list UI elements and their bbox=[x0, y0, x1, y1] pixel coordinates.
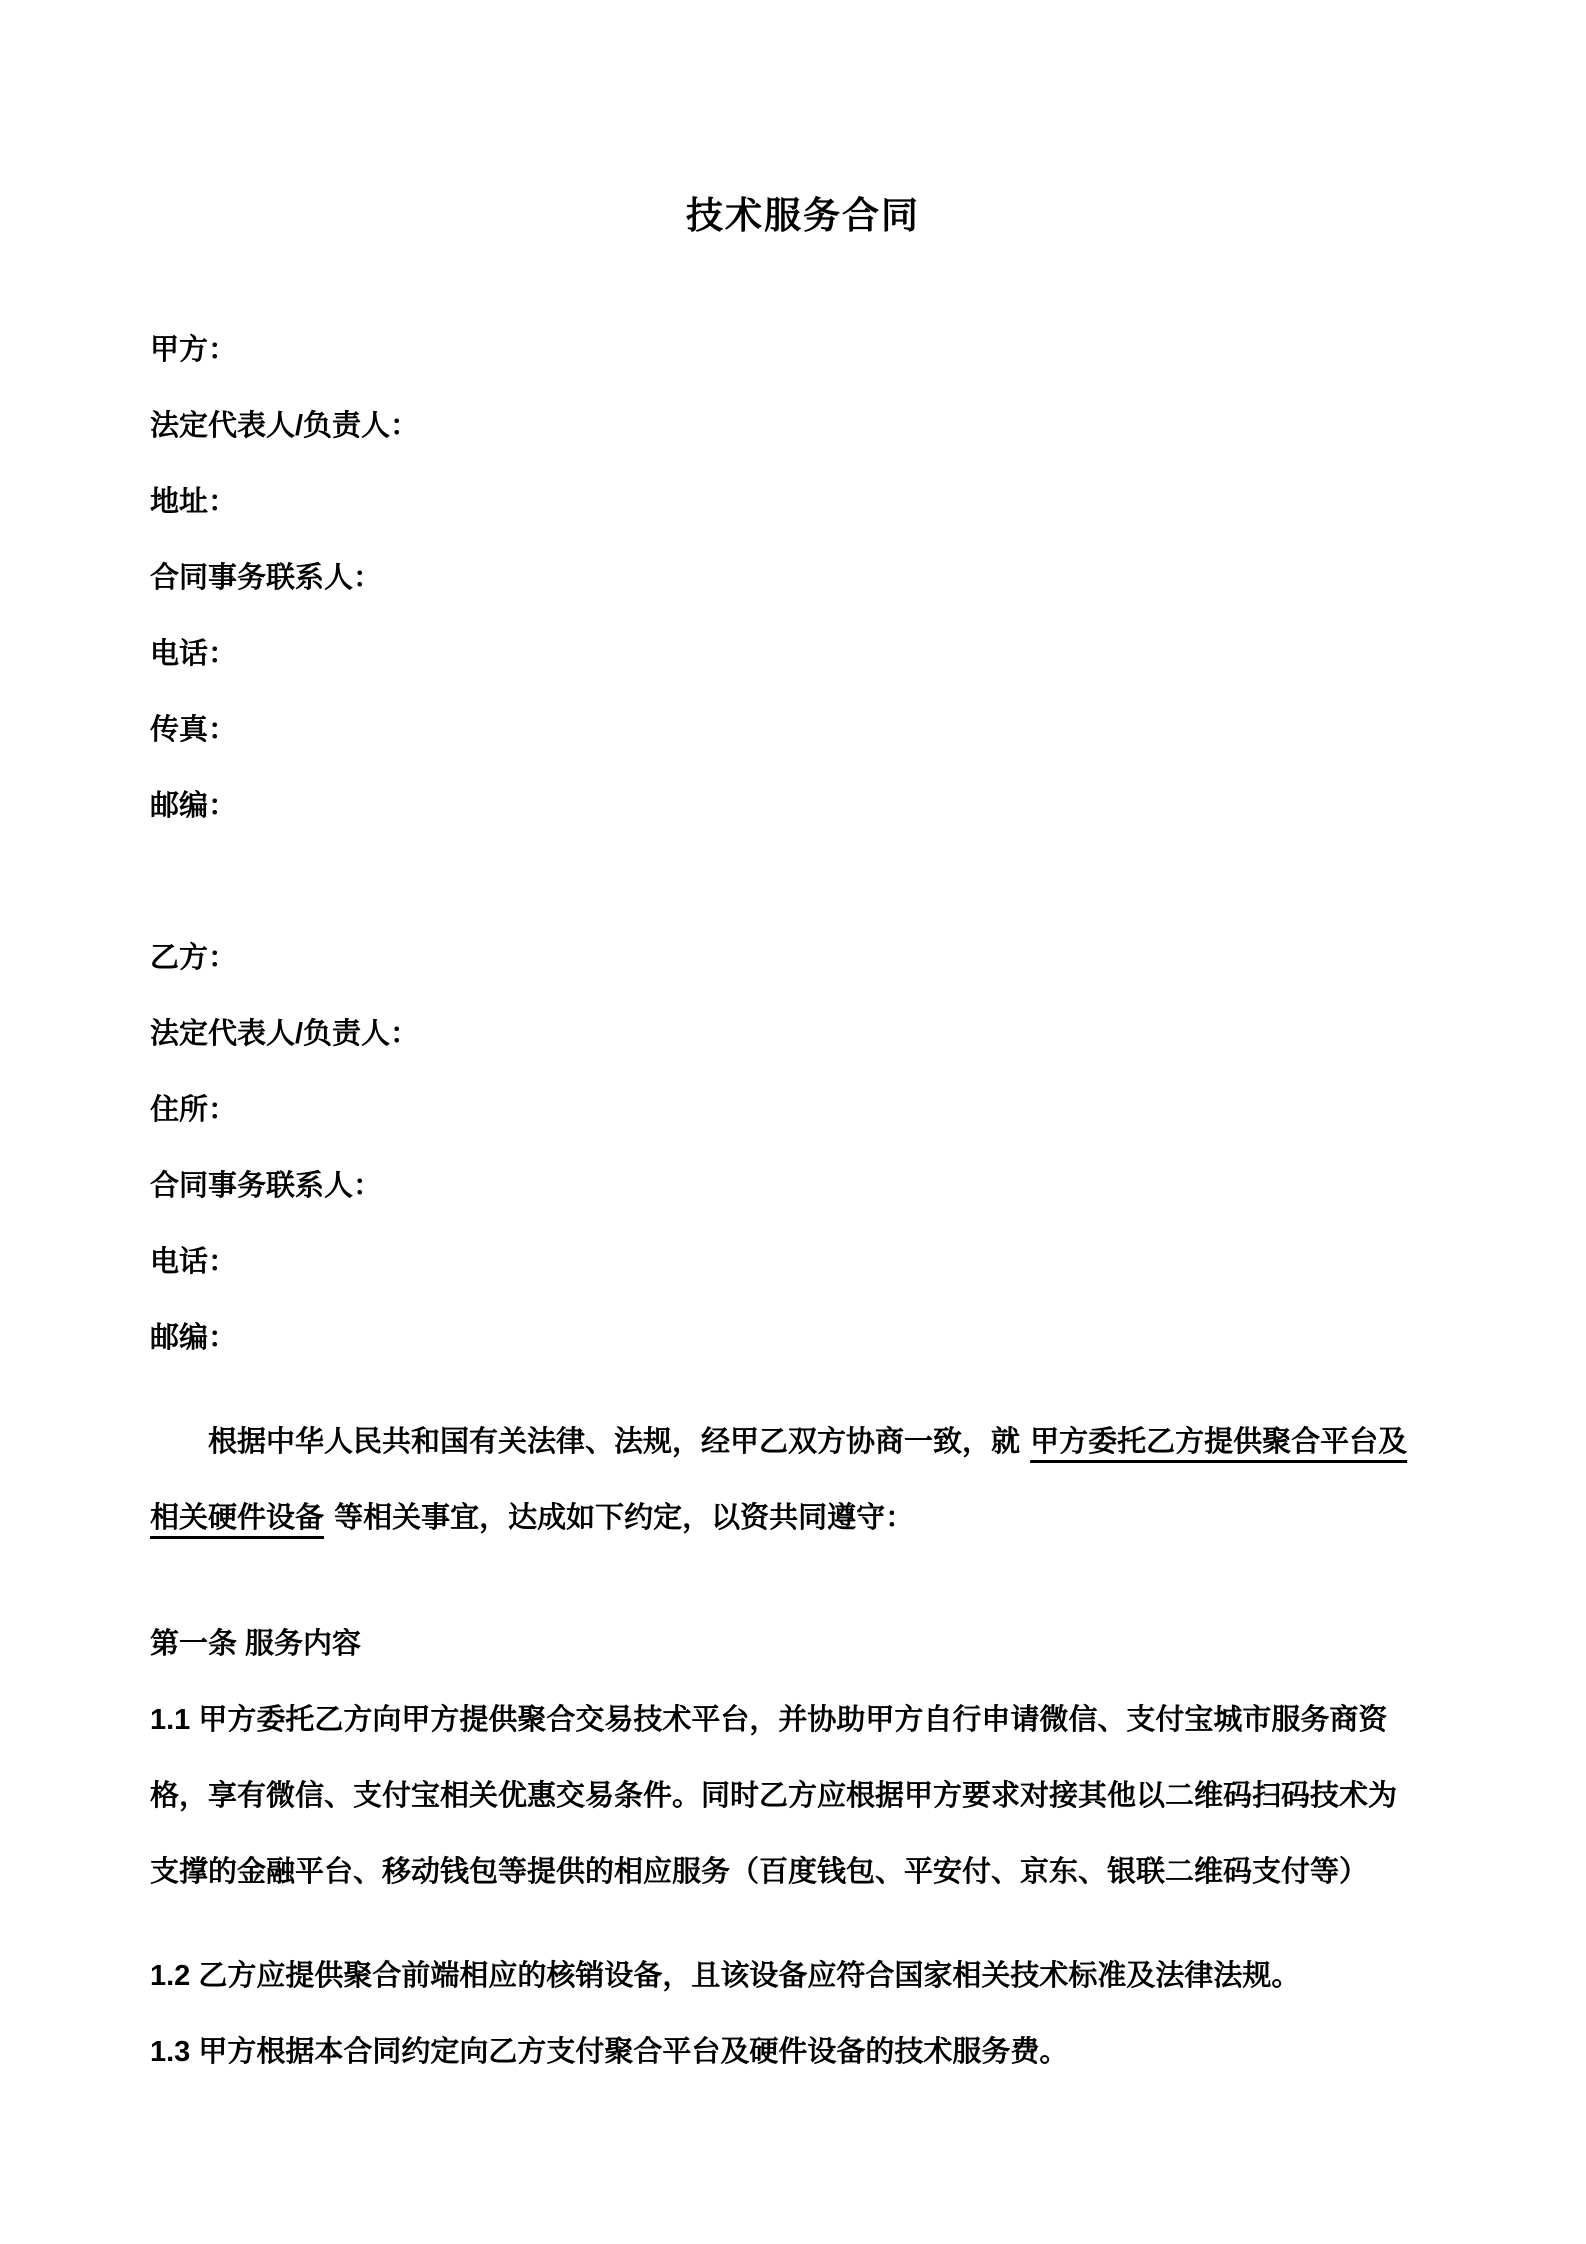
clause-1-3: 1.3 甲方根据本合同约定向乙方支付聚合平台及硬件设备的技术服务费。 bbox=[150, 2014, 1456, 2090]
intro-paragraph: 根据中华人民共和国有关法律、法规，经甲乙双方协商一致，就甲方委托乙方提供聚合平台… bbox=[150, 1404, 1456, 1556]
intro-line2-underlined-text: 相关硬件设备 bbox=[150, 1502, 324, 1534]
clause-1-1-line-3: 支撑的金融平台、移动钱包等提供的相应服务（百度钱包、平安付、京东、银联二维码支付… bbox=[150, 1834, 1456, 1910]
party-a-section: 甲方： 法定代表人/负责人： 地址： 合同事务联系人： 电话： 传真： 邮编： bbox=[150, 312, 1456, 844]
clause-1-2-text: 1.2 乙方应提供聚合前端相应的核销设备，且该设备应符合国家相关技术标准及法律法… bbox=[150, 1938, 1456, 2014]
clause-1-3-text: 1.3 甲方根据本合同约定向乙方支付聚合平台及硬件设备的技术服务费。 bbox=[150, 2014, 1456, 2090]
clause-1-2: 1.2 乙方应提供聚合前端相应的核销设备，且该设备应符合国家相关技术标准及法律法… bbox=[150, 1938, 1456, 2014]
party-a-phone-label: 电话： bbox=[150, 616, 1456, 692]
intro-line1-underlined-text: 甲方委托乙方提供聚合平台及 bbox=[1030, 1426, 1407, 1458]
party-b-legal-rep-label: 法定代表人/负责人： bbox=[150, 996, 1456, 1072]
party-b-residence-label: 住所： bbox=[150, 1072, 1456, 1148]
intro-line2-text: 等相关事宜，达成如下约定，以资共同遵守： bbox=[334, 1502, 914, 1534]
party-a-contact-label: 合同事务联系人： bbox=[150, 540, 1456, 616]
clause-1-1-line-2: 格，享有微信、支付宝相关优惠交易条件。同时乙方应根据甲方要求对接其他以二维码扫码… bbox=[150, 1758, 1456, 1834]
party-a-legal-rep-label: 法定代表人/负责人： bbox=[150, 388, 1456, 464]
contract-document: 技术服务合同 甲方： 法定代表人/负责人： 地址： 合同事务联系人： 电话： 传… bbox=[0, 0, 1586, 2244]
intro-line-2: 相关硬件设备等相关事宜，达成如下约定，以资共同遵守： bbox=[150, 1480, 1456, 1556]
party-a-label: 甲方： bbox=[150, 312, 1456, 388]
clause-1-1: 1.1 甲方委托乙方向甲方提供聚合交易技术平台，并协助甲方自行申请微信、支付宝城… bbox=[150, 1682, 1456, 1910]
party-a-fax-label: 传真： bbox=[150, 692, 1456, 768]
party-a-address-label: 地址： bbox=[150, 464, 1456, 540]
intro-line1-text: 根据中华人民共和国有关法律、法规，经甲乙双方协商一致，就 bbox=[208, 1426, 1020, 1458]
party-b-label: 乙方： bbox=[150, 920, 1456, 996]
party-b-phone-label: 电话： bbox=[150, 1224, 1456, 1300]
intro-line-1: 根据中华人民共和国有关法律、法规，经甲乙双方协商一致，就甲方委托乙方提供聚合平台… bbox=[150, 1404, 1456, 1480]
party-a-zip-label: 邮编： bbox=[150, 768, 1456, 844]
party-b-section: 乙方： 法定代表人/负责人： 住所： 合同事务联系人： 电话： 邮编： bbox=[150, 920, 1456, 1376]
clause-1-1-line-1: 1.1 甲方委托乙方向甲方提供聚合交易技术平台，并协助甲方自行申请微信、支付宝城… bbox=[150, 1682, 1456, 1758]
article-1-heading: 第一条 服务内容 bbox=[150, 1606, 1456, 1682]
party-b-contact-label: 合同事务联系人： bbox=[150, 1148, 1456, 1224]
party-b-zip-label: 邮编： bbox=[150, 1300, 1456, 1376]
document-title: 技术服务合同 bbox=[150, 190, 1456, 242]
